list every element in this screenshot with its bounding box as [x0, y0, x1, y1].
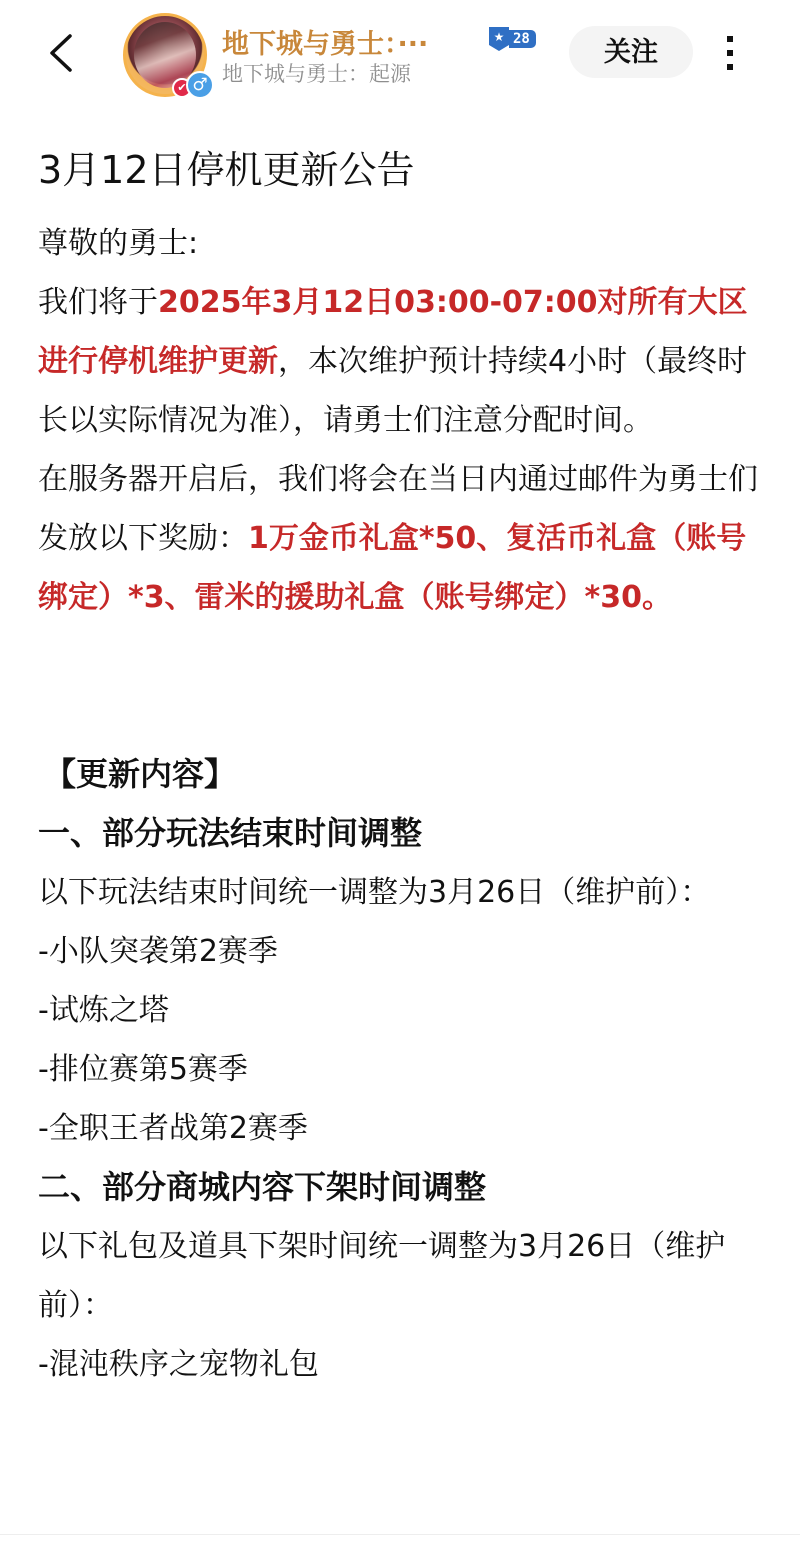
list-item: -排位赛第5赛季 — [38, 1040, 768, 1099]
section-2-desc: 以下礼包及道具下架时间统一调整为3月26日（维护前）： — [38, 1217, 768, 1335]
more-options-button[interactable] — [716, 30, 744, 76]
star-shield-icon: ★ — [489, 27, 509, 51]
list-item: -试炼之塔 — [38, 981, 768, 1040]
update-content-heading: 【更新内容】 — [44, 745, 768, 804]
follow-button[interactable]: 关注 — [569, 26, 693, 78]
chevron-left-icon — [40, 28, 84, 78]
maintenance-paragraph: 我们将于2025年3月12日03:00-07:00对所有大区进行停机维护更新，本… — [38, 273, 768, 450]
post-content: 3月12日停机更新公告 尊敬的勇士: 我们将于2025年3月12日03:00-0… — [38, 138, 768, 1394]
male-gender-icon: ♂ — [186, 71, 214, 99]
list-item: -混沌秩序之宠物礼包 — [38, 1335, 768, 1394]
level-number: 28 — [509, 30, 536, 48]
back-button[interactable] — [40, 28, 84, 78]
spacer — [38, 627, 768, 745]
more-vertical-icon-dot — [727, 36, 733, 42]
section-2-title: 二、部分商城内容下架时间调整 — [38, 1158, 768, 1217]
bottom-divider — [0, 1534, 800, 1535]
greeting: 尊敬的勇士: — [38, 214, 768, 273]
author-subtitle: 地下城与勇士：起源 — [222, 58, 411, 88]
level-badge: ★ 28 — [489, 28, 536, 50]
more-vertical-icon-dot — [727, 64, 733, 70]
author-avatar[interactable]: ✔ ♂ — [123, 13, 207, 97]
author-name[interactable]: 地下城与勇士：··· — [222, 22, 428, 61]
more-vertical-icon-dot — [727, 50, 733, 56]
section-1-title: 一、部分玩法结束时间调整 — [38, 804, 768, 863]
rewards-paragraph: 在服务器开启后，我们将会在当日内通过邮件为勇士们发放以下奖励：1万金币礼盒*50… — [38, 450, 768, 627]
section-1-desc: 以下玩法结束时间统一调整为3月26日（维护前）： — [38, 863, 768, 922]
post-title: 3月12日停机更新公告 — [38, 138, 768, 202]
text: 我们将于 — [38, 285, 158, 320]
list-item: -全职王者战第2赛季 — [38, 1099, 768, 1158]
post-header: ✔ ♂ 地下城与勇士：··· 地下城与勇士：起源 ★ 28 关注 — [0, 0, 800, 110]
list-item: -小队突袭第2赛季 — [38, 922, 768, 981]
